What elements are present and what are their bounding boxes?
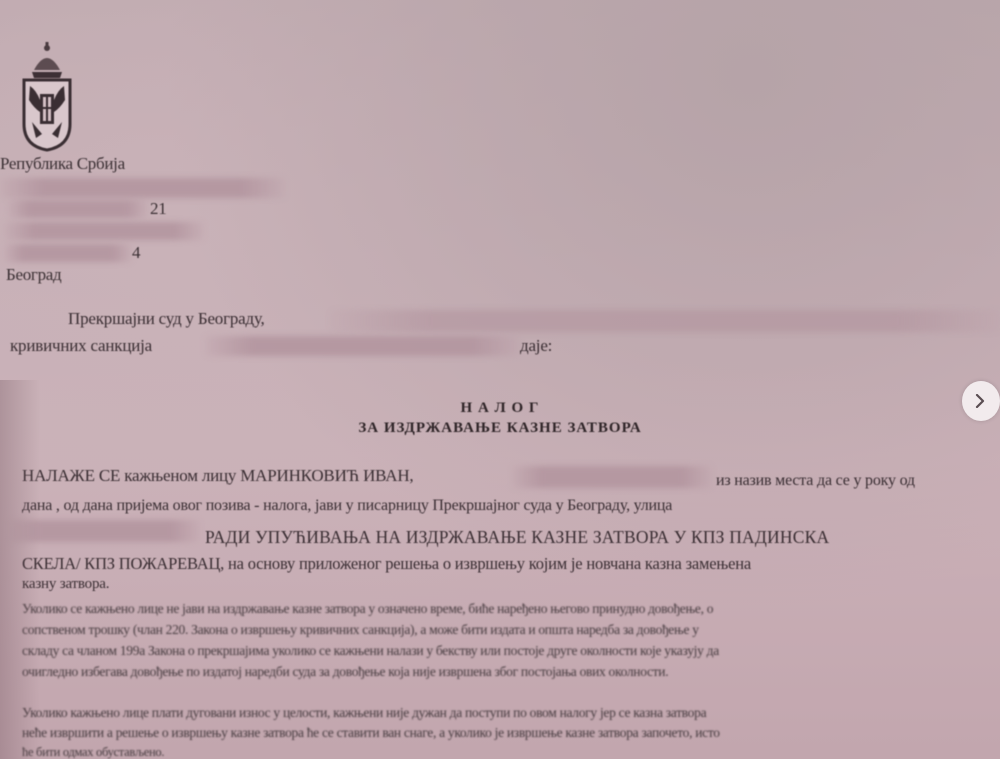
intro-line-2-end: даје: — [520, 336, 552, 356]
carousel-next-button[interactable] — [962, 381, 1000, 421]
intro-line-1: Прекршајни суд у Београду, — [68, 309, 265, 329]
redacted-block — [8, 200, 148, 218]
order-line-2: дана , од дана пријема овог позива - нал… — [22, 497, 672, 515]
warning-line: Уколико се кажњено лице не јави на издрж… — [22, 601, 713, 617]
country-name: Република Србија — [0, 154, 125, 174]
redacted-block — [330, 310, 1000, 332]
chevron-right-icon — [973, 394, 987, 408]
payment-line: Уколико кажњено лице плати дуговани изно… — [22, 705, 706, 721]
header-line-suffix: 21 — [150, 199, 166, 219]
intro-line-2: кривичних санкција — [10, 336, 152, 356]
warning-line: очигледно избегава довођење по издатој н… — [22, 664, 668, 680]
warning-line: складу са чланом 199а Закона о прекршаји… — [22, 643, 719, 659]
document-title: Н А Л О Г — [0, 400, 1000, 417]
redacted-block — [4, 222, 204, 240]
serbian-coat-of-arms-icon — [16, 42, 78, 152]
header-line-suffix: 4 — [132, 243, 140, 263]
payment-line: ће бити одмах обустављено. — [22, 745, 164, 759]
redacted-block — [205, 336, 520, 356]
order-line-1-end: из назив места да се у року од — [716, 472, 915, 490]
order-line-1: НАЛАЖЕ СЕ кажњеном лицу МАРИНКОВИЋ ИВАН, — [22, 466, 413, 486]
city-name: Београд — [6, 265, 61, 285]
order-line-5: казну затвора. — [22, 576, 109, 593]
redacted-block — [10, 520, 200, 542]
redacted-block — [4, 244, 132, 262]
redacted-block — [512, 466, 712, 488]
order-line-3: РАДИ УПУЋИВАЊА НА ИЗДРЖАВАЊЕ КАЗНЕ ЗАТВО… — [205, 527, 829, 548]
payment-line: неће извршити а решење о извршењу казне … — [22, 725, 720, 741]
redacted-block — [0, 178, 285, 198]
warning-line: сопственом трошку (члан 220. Закона о из… — [22, 622, 699, 638]
document-photo: Република Србија 21 4 Београд Прекршајни… — [0, 0, 1000, 759]
order-line-4: СКЕЛА/ КПЗ ПОЖАРЕВАЦ, на основу приложен… — [22, 554, 751, 574]
document-subtitle: ЗА ИЗДРЖАВАЊЕ КАЗНЕ ЗАТВОРА — [0, 420, 1000, 437]
